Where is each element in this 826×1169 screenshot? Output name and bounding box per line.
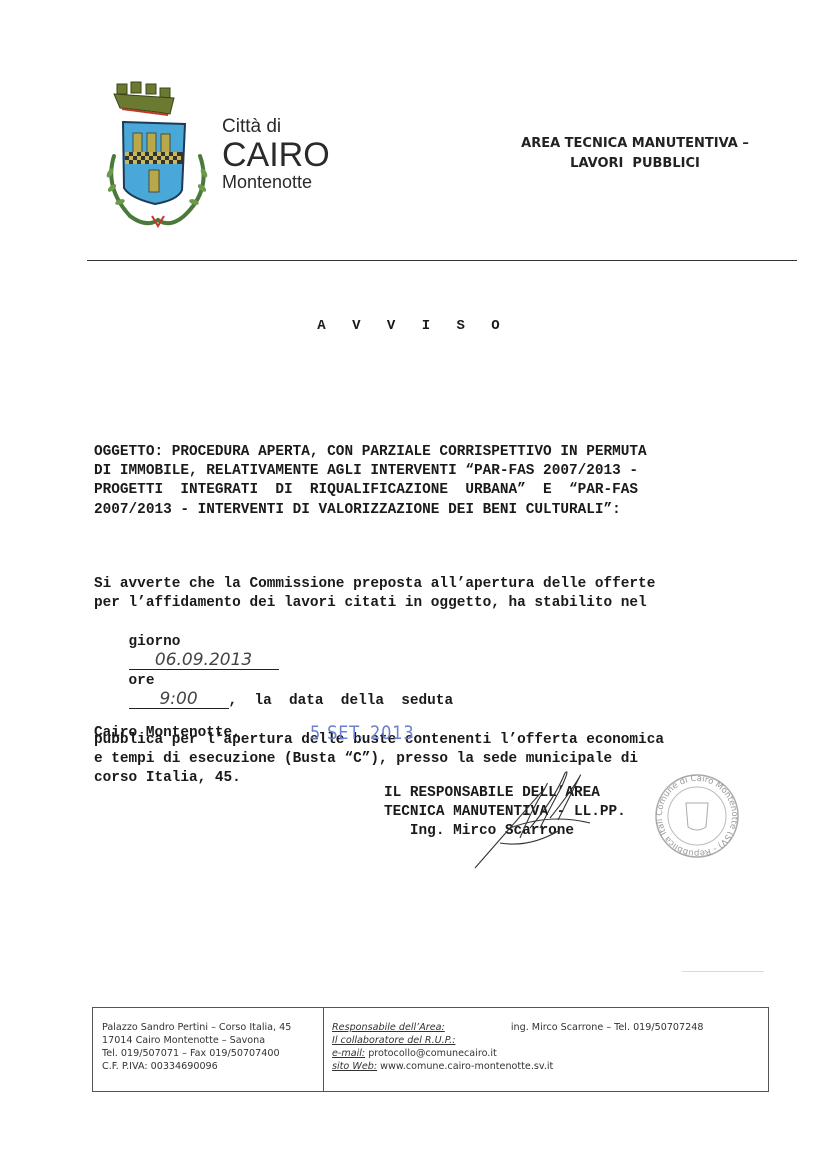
subject-paragraph: OGGETTO: PROCEDURA APERTA, CON PARZIALE … — [94, 443, 764, 520]
address-line: Tel. 019/507071 – Fax 019/50707400 — [102, 1047, 323, 1060]
signatory-title: IL RESPONSABILE DELL’AREA — [384, 784, 626, 803]
footer-contact-box: Palazzo Sandro Pertini – Corso Italia, 4… — [92, 1007, 769, 1092]
department-line-2: LAVORI PUBBLICI — [510, 154, 760, 174]
responsabile-label: Responsabile dell’Area: — [332, 1022, 445, 1033]
body-line: per l’affidamento dei lavori citati in o… — [94, 594, 764, 613]
department-heading: AREA TECNICA MANUTENTIVA – LAVORI PUBBLI… — [510, 134, 760, 174]
subject-line: 2007/2013 - INTERVENTI DI VALORIZZAZIONE… — [94, 501, 764, 520]
body-line: e tempi di esecuzione (Busta “C”), press… — [94, 750, 764, 769]
body-line-with-date: giorno 06.09.2013 ore 9:00, la data dell… — [94, 613, 764, 730]
body-paragraph: Si avverte che la Commissione preposta a… — [94, 575, 764, 788]
responsabile-value: ing. Mirco Scarrone – Tel. 019/50707248 — [511, 1022, 704, 1033]
address-line: 17014 Cairo Montenotte – Savona — [102, 1034, 323, 1047]
body-line: Si avverte che la Commissione preposta a… — [94, 575, 764, 594]
collaboratore-label: Il collaboratore del R.U.P.: — [332, 1035, 455, 1046]
date-stamp: 5 SET. 2013 — [310, 722, 415, 744]
handwritten-date: 06.09.2013 — [129, 652, 279, 670]
signatory-name: Ing. Mirco Scarrone — [384, 822, 626, 841]
city-suffix: Montenotte — [222, 173, 330, 191]
signature-block: IL RESPONSABILE DELL’AREA TECNICA MANUTE… — [384, 784, 626, 841]
handwritten-time: 9:00 — [129, 691, 229, 709]
web-label: sito Web: — [332, 1061, 377, 1072]
scan-artifact-line — [682, 971, 764, 972]
subject-line: PROGETTI INTEGRATI DI RIQUALIFICAZIONE U… — [94, 481, 764, 500]
address-line: C.F. P.IVA: 00334690096 — [102, 1060, 323, 1073]
signatory-title: TECNICA MANUTENTIVA - LL.PP. — [384, 803, 626, 822]
subject-line: DI IMMOBILE, RELATIVAMENTE AGLI INTERVEN… — [94, 462, 764, 481]
city-name-wordmark: Città di CAIRO Montenotte — [222, 117, 330, 191]
department-line-1: AREA TECNICA MANUTENTIVA – — [510, 134, 760, 154]
footer-address: Palazzo Sandro Pertini – Corso Italia, 4… — [93, 1008, 324, 1091]
subject-line: OGGETTO: PROCEDURA APERTA, CON PARZIALE … — [94, 443, 764, 462]
email-label: e-mail: — [332, 1048, 365, 1059]
city-name: CAIRO — [222, 138, 330, 172]
footer-contacts: Responsabile dell’Area: ing. Mirco Scarr… — [324, 1008, 768, 1091]
address-line: Palazzo Sandro Pertini – Corso Italia, 4… — [102, 1021, 323, 1034]
email-link[interactable]: protocollo@comunecairo.it — [368, 1048, 497, 1059]
header-divider — [87, 260, 797, 261]
municipal-seal-icon: Comune di Cairo Montenotte (SV) - Repubb… — [654, 773, 740, 859]
website-link[interactable]: www.comune.cairo-montenotte.sv.it — [380, 1061, 553, 1072]
coat-of-arms-icon — [100, 78, 225, 238]
document-title: A V V I S O — [0, 318, 826, 334]
city-prefix: Città di — [222, 117, 330, 136]
place-of-issue: Cairo Montenotte, — [94, 725, 241, 741]
